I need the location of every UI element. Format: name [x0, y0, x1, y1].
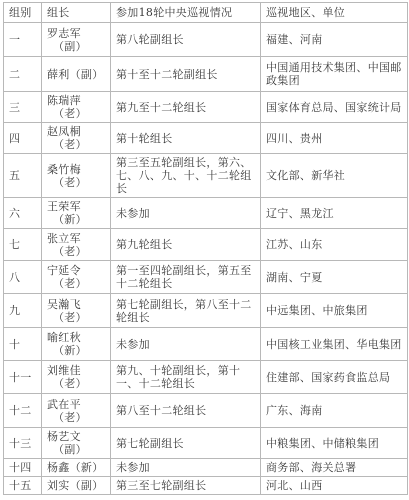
targets-cell: 中国通用技术集团、中国邮政集团	[261, 57, 408, 92]
group-cell: 九	[4, 294, 42, 328]
targets-cell: 广东、海南	[261, 394, 408, 428]
leader-note: （老）	[47, 176, 106, 189]
targets-text: 中国通用技术集团、中国邮政集团	[266, 61, 402, 87]
participation-text: 第十至十二轮副组长	[116, 68, 218, 81]
leader-cell: 杨鑫（新）	[42, 459, 111, 477]
group-cell: 十五	[4, 477, 42, 495]
participation-cell: 第八至十二轮组长	[111, 394, 261, 428]
leader-cell: 张立军（老）	[42, 229, 111, 261]
participation-text: 第七轮副组长，第八至十二轮组长	[116, 298, 252, 324]
leader-name: 薛利（副）	[47, 68, 106, 81]
targets-cell: 河北、山西	[261, 477, 408, 495]
group-number: 十一	[9, 371, 32, 384]
leader-note: （副）	[47, 443, 106, 456]
leader-name: 宁延令	[47, 264, 106, 277]
targets-cell: 江苏、山东	[261, 229, 408, 261]
participation-cell: 第三至五轮副组长，第六、七、八、九、十、十二轮组长	[111, 154, 261, 198]
targets-cell: 福建、河南	[261, 23, 408, 57]
participation-cell: 第十至十二轮副组长	[111, 57, 261, 92]
group-number: 十	[9, 338, 20, 351]
participation-text: 第十轮组长	[116, 132, 173, 145]
table-row: 六王荣军（新）未参加辽宁、黑龙江	[4, 198, 408, 229]
targets-text: 国家体育总局、国家统计局	[266, 101, 402, 114]
leader-note: （新）	[47, 344, 106, 357]
leader-note: （新）	[47, 213, 106, 226]
leader-cell: 罗志军（副）	[42, 23, 111, 57]
header-row: 组别 组长 参加18轮中央巡视情况 巡视地区、单位	[4, 3, 408, 23]
leader-cell: 薛利（副）	[42, 57, 111, 92]
group-number: 十三	[9, 437, 32, 450]
leader-name: 王荣军	[47, 200, 106, 213]
table-row: 七张立军（老）第九轮组长江苏、山东	[4, 229, 408, 261]
table-row: 十一刘维佳（老）第九、十轮副组长，第十一、十二轮组长住建部、国家药食监总局	[4, 361, 408, 394]
group-number: 十五	[9, 479, 32, 492]
table-row: 九吴瀚飞（老）第七轮副组长，第八至十二轮组长中远集团、中旅集团	[4, 294, 408, 328]
table-row: 一罗志军（副）第八轮副组长福建、河南	[4, 23, 408, 57]
participation-text: 第九、十轮副组长，第十一、十二轮组长	[116, 364, 240, 390]
leader-note: （副）	[47, 40, 106, 53]
leader-name: 张立军	[47, 232, 106, 245]
header-targets: 巡视地区、单位	[261, 3, 408, 23]
group-cell: 十四	[4, 459, 42, 477]
table-row: 三陈瑞萍（老）第九至十二轮组长国家体育总局、国家统计局	[4, 92, 408, 123]
participation-cell: 第九轮组长	[111, 229, 261, 261]
participation-cell: 第七轮副组长，第八至十二轮组长	[111, 294, 261, 328]
leader-name: 陈瑞萍	[47, 94, 106, 107]
participation-text: 第三至七轮副组长	[116, 479, 206, 492]
leader-cell: 宁延令（老）	[42, 261, 111, 294]
group-number: 九	[9, 304, 20, 317]
leader-note: （老）	[47, 245, 106, 258]
group-number: 四	[9, 132, 20, 145]
leader-note: （老）	[47, 311, 106, 324]
leader-note: （老）	[47, 138, 106, 151]
participation-text: 第八轮副组长	[116, 33, 184, 46]
leader-name: 赵凤桐	[47, 125, 106, 138]
leader-name: 刘实（副）	[47, 479, 106, 492]
participation-cell: 第七轮副组长	[111, 428, 261, 459]
participation-cell: 未参加	[111, 459, 261, 477]
table-row: 十四杨鑫（新）未参加商务部、海关总署	[4, 459, 408, 477]
participation-text: 第一至四轮副组长，第五至十二轮组长	[116, 264, 252, 290]
group-cell: 四	[4, 123, 42, 154]
group-number: 八	[9, 271, 20, 284]
leader-name: 桑竹梅	[47, 163, 106, 176]
participation-cell: 第一至四轮副组长，第五至十二轮组长	[111, 261, 261, 294]
group-cell: 一	[4, 23, 42, 57]
leader-cell: 刘实（副）	[42, 477, 111, 495]
inspection-groups-table: 组别 组长 参加18轮中央巡视情况 巡视地区、单位 一罗志军（副）第八轮副组长福…	[3, 2, 408, 495]
group-cell: 三	[4, 92, 42, 123]
group-number: 二	[9, 68, 20, 81]
group-cell: 十	[4, 328, 42, 361]
targets-text: 文化部、新华社	[266, 169, 345, 182]
targets-text: 广东、海南	[266, 404, 323, 417]
group-cell: 十二	[4, 394, 42, 428]
group-cell: 七	[4, 229, 42, 261]
header-leader: 组长	[42, 3, 111, 23]
targets-text: 住建部、国家药食监总局	[266, 371, 390, 384]
targets-text: 商务部、海关总署	[266, 461, 356, 474]
targets-cell: 中粮集团、中储粮集团	[261, 428, 408, 459]
table-row: 二薛利（副）第十至十二轮副组长中国通用技术集团、中国邮政集团	[4, 57, 408, 92]
leader-cell: 陈瑞萍（老）	[42, 92, 111, 123]
participation-cell: 未参加	[111, 198, 261, 229]
leader-cell: 杨艺文（副）	[42, 428, 111, 459]
targets-cell: 国家体育总局、国家统计局	[261, 92, 408, 123]
group-cell: 十一	[4, 361, 42, 394]
group-number: 十四	[9, 461, 32, 474]
leader-name: 喻红秋	[47, 331, 106, 344]
targets-cell: 文化部、新华社	[261, 154, 408, 198]
leader-name: 吴瀚飞	[47, 298, 106, 311]
targets-text: 中远集团、中旅集团	[266, 304, 368, 317]
targets-text: 福建、河南	[266, 33, 323, 46]
group-cell: 八	[4, 261, 42, 294]
leader-cell: 王荣军（新）	[42, 198, 111, 229]
group-number: 一	[9, 33, 20, 46]
group-number: 十二	[9, 404, 32, 417]
leader-cell: 桑竹梅（老）	[42, 154, 111, 198]
leader-cell: 武在平（老）	[42, 394, 111, 428]
participation-text: 第八至十二轮组长	[116, 404, 206, 417]
targets-text: 中国核工业集团、华电集团	[266, 338, 402, 351]
leader-note: （老）	[47, 411, 106, 424]
targets-cell: 湖南、宁夏	[261, 261, 408, 294]
table-row: 十三杨艺文（副）第七轮副组长中粮集团、中储粮集团	[4, 428, 408, 459]
group-number: 七	[9, 238, 20, 251]
targets-text: 四川、贵州	[266, 132, 323, 145]
leader-note: （老）	[47, 377, 106, 390]
participation-text: 第七轮副组长	[116, 437, 184, 450]
participation-text: 未参加	[116, 461, 150, 474]
targets-cell: 中远集团、中旅集团	[261, 294, 408, 328]
table-row: 十二武在平（老）第八至十二轮组长广东、海南	[4, 394, 408, 428]
participation-text: 未参加	[116, 207, 150, 220]
targets-cell: 中国核工业集团、华电集团	[261, 328, 408, 361]
table-row: 四赵凤桐（老）第十轮组长四川、贵州	[4, 123, 408, 154]
targets-cell: 四川、贵州	[261, 123, 408, 154]
participation-text: 第三至五轮副组长，第六、七、八、九、十、十二轮组长	[116, 156, 252, 195]
group-cell: 十三	[4, 428, 42, 459]
leader-name: 杨鑫（新）	[47, 461, 106, 474]
targets-cell: 商务部、海关总署	[261, 459, 408, 477]
header-group: 组别	[4, 3, 42, 23]
participation-text: 未参加	[116, 338, 150, 351]
leader-cell: 吴瀚飞（老）	[42, 294, 111, 328]
table-row: 五桑竹梅（老）第三至五轮副组长，第六、七、八、九、十、十二轮组长文化部、新华社	[4, 154, 408, 198]
targets-text: 中粮集团、中储粮集团	[266, 437, 379, 450]
participation-cell: 第九至十二轮组长	[111, 92, 261, 123]
group-number: 五	[9, 169, 20, 182]
group-number: 六	[9, 207, 20, 220]
leader-name: 罗志军	[47, 27, 106, 40]
participation-text: 第九轮组长	[116, 238, 173, 251]
targets-text: 江苏、山东	[266, 238, 323, 251]
targets-cell: 住建部、国家药食监总局	[261, 361, 408, 394]
table-row: 十五刘实（副）第三至七轮副组长河北、山西	[4, 477, 408, 495]
group-cell: 二	[4, 57, 42, 92]
leader-cell: 刘维佳（老）	[42, 361, 111, 394]
leader-note: （老）	[47, 277, 106, 290]
leader-note: （老）	[47, 107, 106, 120]
group-cell: 六	[4, 198, 42, 229]
targets-text: 辽宁、黑龙江	[266, 207, 334, 220]
header-participation: 参加18轮中央巡视情况	[111, 3, 261, 23]
targets-cell: 辽宁、黑龙江	[261, 198, 408, 229]
targets-text: 河北、山西	[266, 479, 323, 492]
participation-cell: 第三至七轮副组长	[111, 477, 261, 495]
group-cell: 五	[4, 154, 42, 198]
leader-name: 杨艺文	[47, 430, 106, 443]
leader-cell: 赵凤桐（老）	[42, 123, 111, 154]
leader-cell: 喻红秋（新）	[42, 328, 111, 361]
targets-text: 湖南、宁夏	[266, 271, 323, 284]
group-number: 三	[9, 101, 20, 114]
table-row: 八宁延令（老）第一至四轮副组长，第五至十二轮组长湖南、宁夏	[4, 261, 408, 294]
leader-name: 刘维佳	[47, 364, 106, 377]
participation-cell: 第九、十轮副组长，第十一、十二轮组长	[111, 361, 261, 394]
participation-cell: 第八轮副组长	[111, 23, 261, 57]
participation-cell: 未参加	[111, 328, 261, 361]
participation-cell: 第十轮组长	[111, 123, 261, 154]
participation-text: 第九至十二轮组长	[116, 101, 206, 114]
table-row: 十喻红秋（新）未参加中国核工业集团、华电集团	[4, 328, 408, 361]
leader-name: 武在平	[47, 398, 106, 411]
